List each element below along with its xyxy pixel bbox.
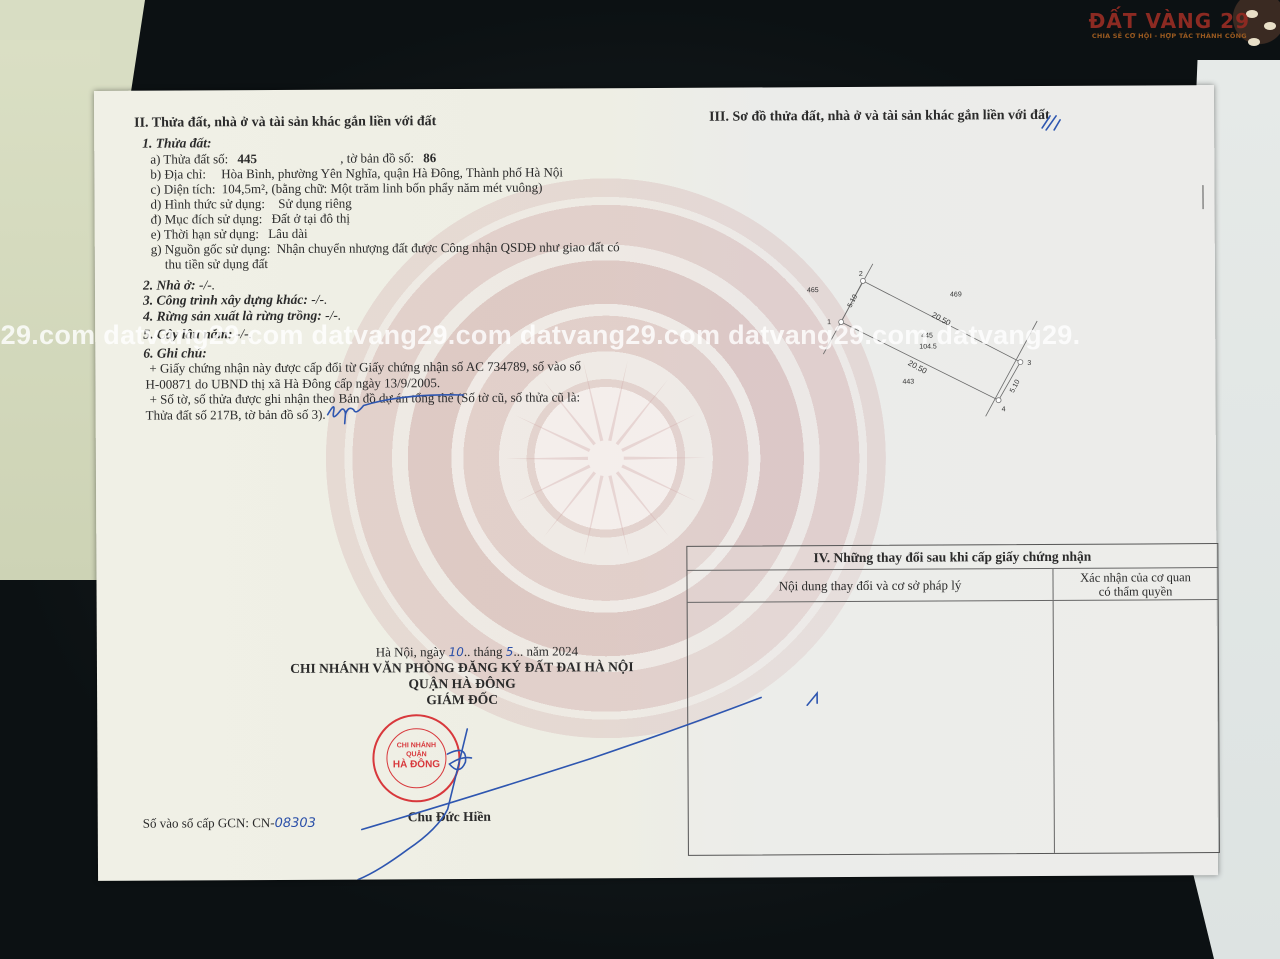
brand-name: ĐẤT VÀNG 29: [1089, 10, 1250, 32]
section-iii-title: III. Sơ đồ thửa đất, nhà ở và tài sản kh…: [709, 108, 1050, 126]
label: c) Diện tích:: [150, 181, 215, 196]
address-value: Hòa Bình, phường Yên Nghĩa, quận Hà Đông…: [221, 164, 563, 181]
house-value: -/-.: [199, 277, 215, 292]
label: b) Địa chỉ:: [150, 166, 206, 181]
issue-year: năm 2024: [526, 643, 578, 658]
official-red-stamp: CHI NHÁNH QUẬN HÀ ĐÔNG: [372, 714, 460, 802]
label: 3. Công trình xây dựng khác:: [143, 292, 308, 308]
label: d) Hình thức sử dụng:: [150, 196, 265, 212]
column-header-changes: Nội dung thay đổi và cơ sở pháp lý: [687, 569, 1053, 602]
column-header-confirmation: Xác nhận của cơ quan có thẩm quyền: [1053, 568, 1217, 600]
issue-month: 5: [506, 645, 514, 659]
parcel-number: 445: [237, 151, 257, 166]
other-construction-value: -/-.: [311, 292, 327, 307]
label: a) Thửa đất số:: [150, 151, 228, 166]
issue-day: 10: [449, 645, 464, 659]
brand-logo: ĐẤT VÀNG 29 CHIA SẺ CƠ HỘI - HỢP TÁC THÀ…: [1089, 10, 1250, 40]
origin-value: Nhận chuyển nhượng đất được Công nhận QS…: [277, 239, 620, 256]
background-surface-left: [0, 40, 100, 580]
svg-text:469: 469: [950, 291, 962, 298]
issuing-office: CHI NHÁNH VĂN PHÒNG ĐĂNG KÝ ĐẤT ĐAI HÀ N…: [237, 659, 687, 677]
usage-term-value: Lâu dài: [268, 225, 307, 240]
signature-block: Hà Nội, ngày 10.. tháng 5... năm 2024 CH…: [237, 643, 687, 709]
map-sheet-number: 86: [423, 150, 436, 165]
section-land-details: II. Thửa đất, nhà ở và tài sản khác gắn …: [134, 113, 676, 423]
table-header: Nội dung thay đổi và cơ sở pháp lý Xác n…: [687, 568, 1217, 603]
stamp-text: HÀ ĐÔNG: [387, 759, 445, 771]
origin-value-continued: thu tiền sử dụng đất: [165, 253, 675, 271]
label: đ) Mục đích sử dụng:: [151, 211, 263, 227]
changes-cell: [688, 601, 1055, 855]
svg-text:5.10: 5.10: [847, 293, 860, 308]
changes-table: IV. Những thay đổi sau khi cấp giấy chứn…: [686, 543, 1220, 856]
svg-text:4: 4: [1002, 406, 1006, 413]
table-body: [688, 600, 1219, 855]
area-value: 104,5m², (bằng chữ: Một trăm linh bốn ph…: [222, 179, 543, 196]
label: g) Nguồn gốc sử dụng:: [151, 241, 271, 257]
usage-purpose-value: Đất ở tại đô thị: [272, 210, 350, 225]
usage-form-value: Sử dụng riêng: [278, 195, 352, 210]
note-text: Thửa đất số 217B, tờ bản đồ số 3).: [146, 406, 326, 422]
site-watermark: latvang29.com datvang29.com datvang29.co…: [0, 320, 1184, 351]
svg-text:5.10: 5.10: [1009, 379, 1022, 394]
section-iv-title: IV. Những thay đổi sau khi cấp giấy chứn…: [687, 544, 1217, 571]
header-line: có thẩm quyền: [1054, 584, 1218, 599]
land-certificate-page: II. Thửa đất, nhà ở và tài sản khác gắn …: [94, 85, 1218, 881]
decoration-dot: [1264, 22, 1276, 30]
margin-mark: [1202, 185, 1206, 209]
stamp-text: CHI NHÁNH: [387, 741, 445, 750]
signer-name: Chu Đức Hiền: [408, 809, 491, 825]
registration-value: 08303: [275, 816, 316, 831]
svg-text:3: 3: [1027, 360, 1031, 367]
date-label: Hà Nội, ngày: [376, 644, 446, 659]
svg-text:2: 2: [859, 271, 863, 278]
origin-row: g) Nguồn gốc sử dụng: Nhận chuyển nhượng…: [151, 238, 675, 256]
registration-label: Số vào sổ cấp GCN: CN-: [143, 815, 275, 831]
signer-role: GIÁM ĐỐC: [237, 691, 687, 709]
note-line: Thửa đất số 217B, tờ bản đồ số 3).: [146, 404, 676, 422]
svg-text:20.50: 20.50: [906, 358, 928, 376]
stamp-center: CHI NHÁNH QUẬN HÀ ĐÔNG: [386, 728, 446, 788]
label: 2. Nhà ở:: [143, 277, 196, 292]
section-ii-title: II. Thửa đất, nhà ở và tài sản khác gắn …: [134, 113, 674, 132]
header-line: Xác nhận của cơ quan: [1053, 570, 1217, 585]
label: , tờ bản đồ số:: [340, 150, 414, 165]
registration-number: Số vào sổ cấp GCN: CN-08303: [143, 815, 316, 832]
label: e) Thời hạn sử dụng:: [151, 226, 259, 242]
date-label: tháng: [474, 644, 503, 659]
stamp-text: QUẬN: [387, 750, 445, 759]
svg-text:443: 443: [902, 379, 914, 386]
brand-tagline: CHIA SẺ CƠ HỘI - HỢP TÁC THÀNH CÔNG: [1089, 32, 1250, 40]
svg-text:465: 465: [807, 287, 819, 294]
